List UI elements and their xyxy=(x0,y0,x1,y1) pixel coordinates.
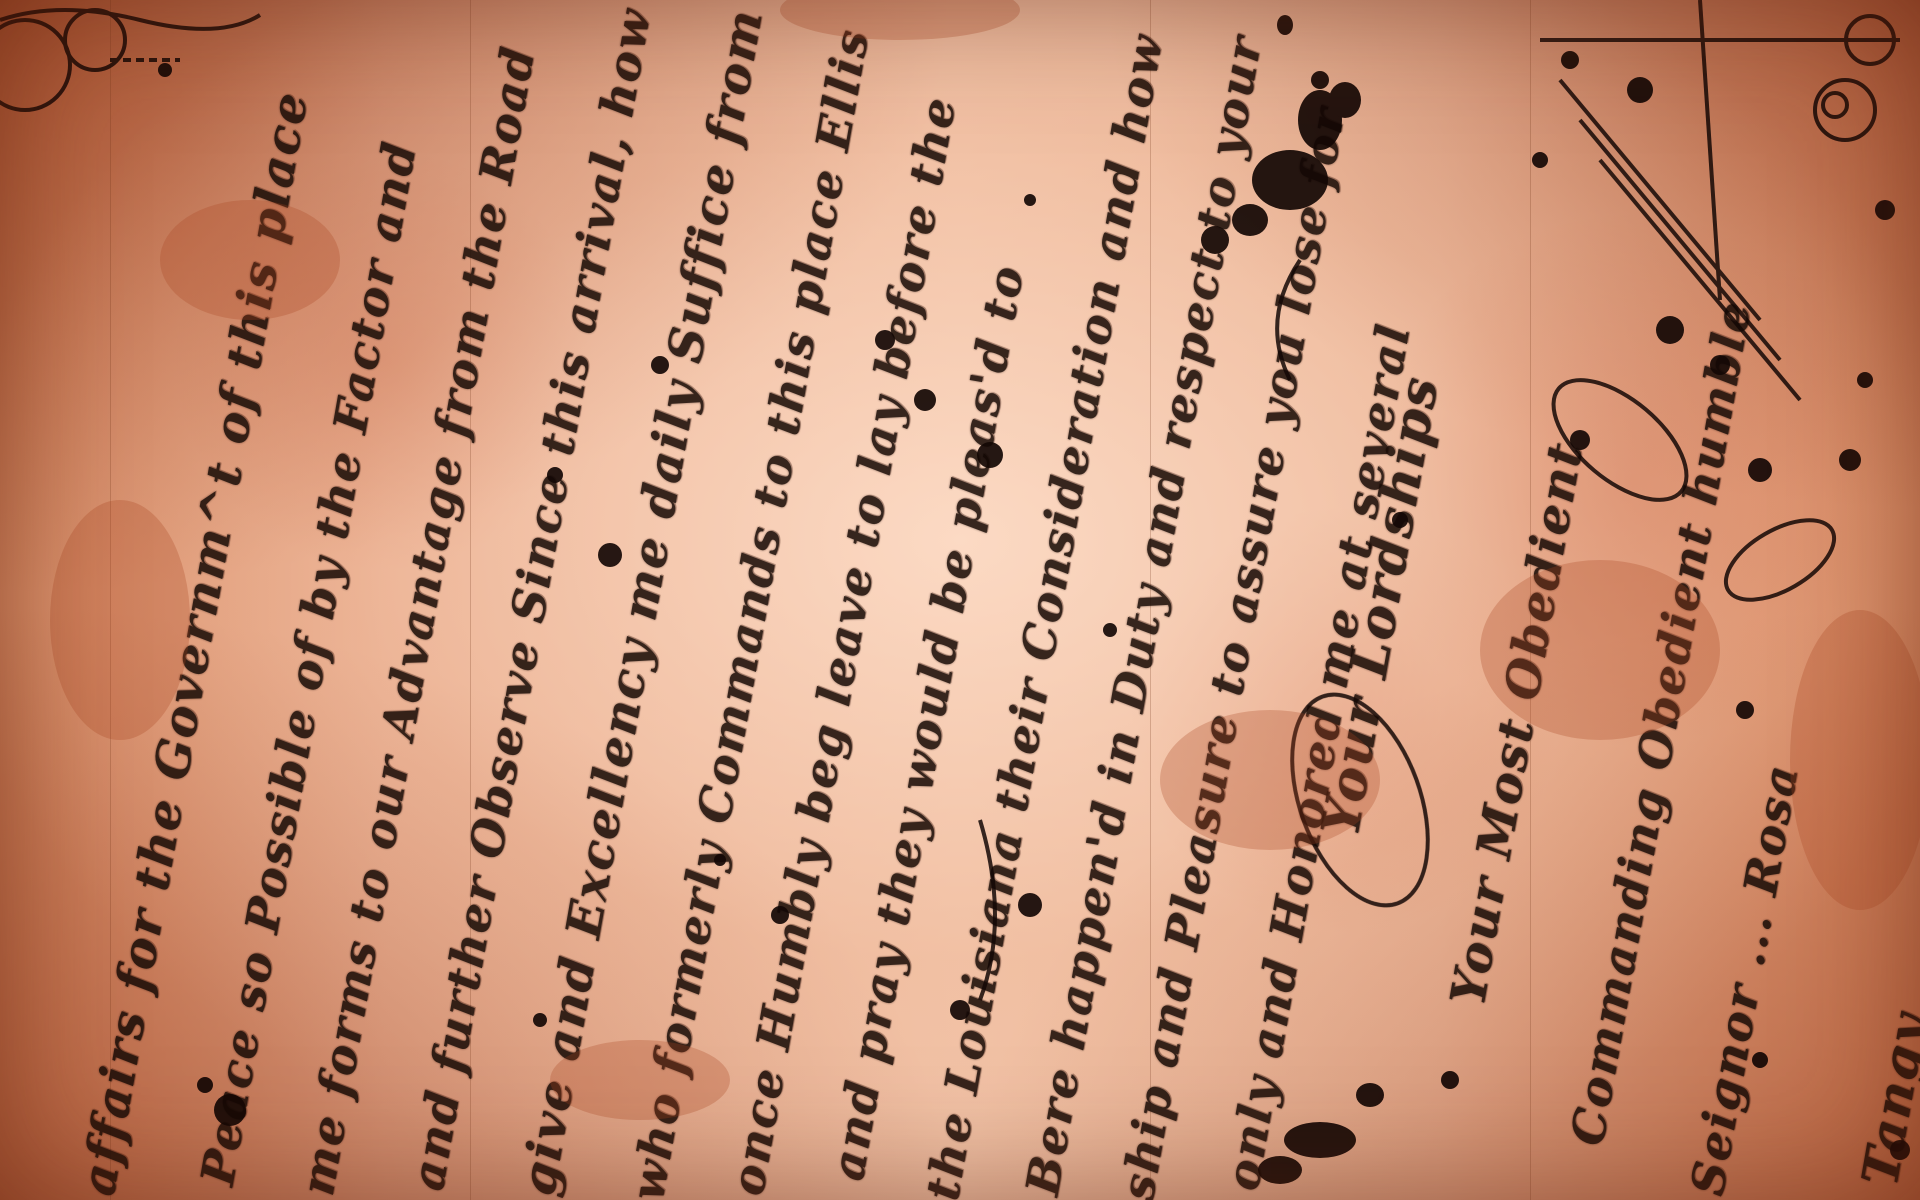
ink-splatters xyxy=(0,0,1920,1200)
